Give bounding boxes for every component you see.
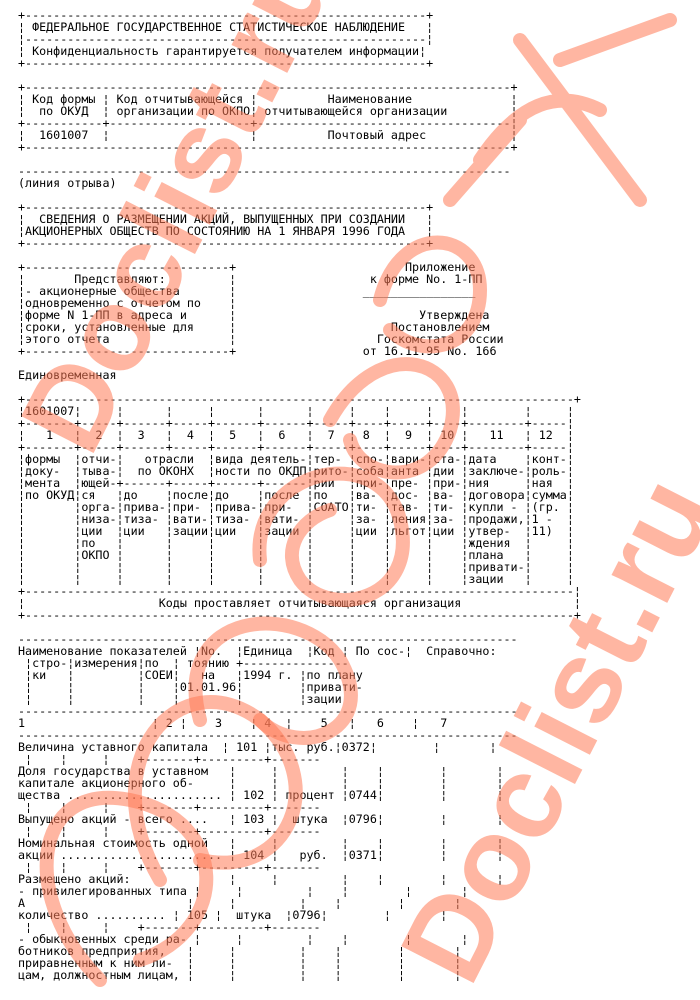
document-line: цам, должностным лицам, ¦ ¦ ¦ ¦ ¦ ¦ xyxy=(18,969,581,981)
document-line: Единовременная xyxy=(18,369,581,381)
document-line: +---------------------------------------… xyxy=(18,57,581,69)
document-line: +---------------------------------------… xyxy=(18,237,581,249)
document-line: (линия отрыва) xyxy=(18,177,581,189)
document-body: +---------------------------------------… xyxy=(18,9,581,981)
document-line: +-----------------------------+ от 16.11… xyxy=(18,345,581,357)
document-line: +---------------------------------------… xyxy=(18,141,581,153)
document-line: +---------------------------------------… xyxy=(18,609,581,621)
